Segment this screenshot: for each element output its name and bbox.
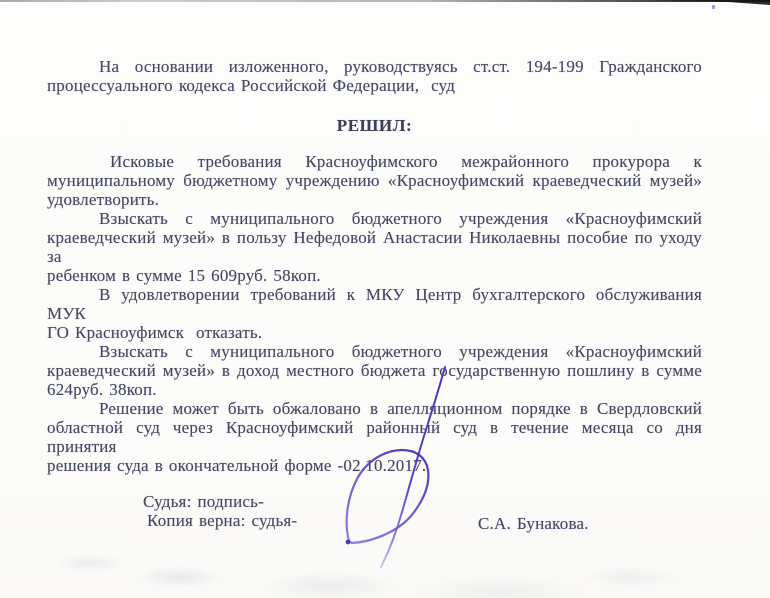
judge-name: С.А. Бунакова. [478,514,589,533]
doc-line-recover-1: Взыскать с муниципального бюджетного учр… [47,209,702,228]
doc-line-basis-2: процессуального кодекса Российской Федер… [47,76,702,95]
doc-line-appeal-3: решения суда в окончательной форме -02.1… [47,456,702,475]
doc-line-basis-1: На основании изложенного, руководствуясь… [47,57,702,76]
resolution-heading: РЕШИЛ: [47,116,702,135]
doc-line-appeal-1: Решение может быть обжаловано в апелляци… [47,399,702,418]
doc-line-appeal-2: областной суд через Красноуфимский район… [47,418,702,456]
doc-line-refuse-2: ГО Красноуфимск отказать. [47,323,702,342]
doc-line-refuse-1: В удовлетворении требований к МКУ Центр … [47,285,702,323]
doc-line-claims-2: муниципальному бюджетному учреждению «Кр… [47,171,702,190]
doc-line-recover-2: краеведческий музей» в пользу Нефедовой … [47,228,702,266]
doc-line-duty-1: Взыскать с муниципального бюджетного учр… [47,342,702,361]
doc-line-recover-3: ребенком в сумме 15 609руб. 58коп. [47,266,702,285]
scanned-page: На основании изложенного, руководствуясь… [0,0,770,598]
scan-edge-artifact-top [0,0,770,2]
court-decision-text: На основании изложенного, руководствуясь… [47,57,702,530]
doc-line-claims-1: Исковые требования Красноуфимского межра… [47,152,702,171]
copy-certified-label: Копия верна: судья- [47,511,702,530]
judge-signature-label: Судья: подпись- [47,492,702,511]
doc-line-duty-2: краеведческий музей» в доход местного бю… [47,361,702,380]
scan-speck [712,5,715,9]
doc-line-duty-3: 624руб. 38коп. [47,380,702,399]
signature-ink-dot [346,540,351,545]
doc-line-claims-3: удовлетворить. [47,190,702,209]
signature-block: Судья: подпись- Копия верна: судья- С.А.… [47,492,702,530]
